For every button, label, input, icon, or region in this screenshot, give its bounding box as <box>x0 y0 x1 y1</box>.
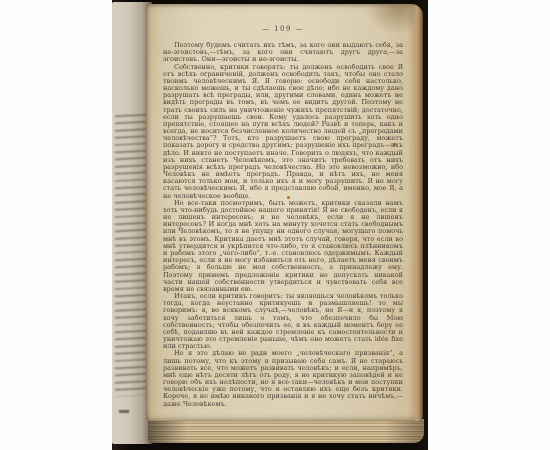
book-page: — 109 — Поэтому будемъ считать ихъ тѣмъ,… <box>146 4 423 421</box>
left-page-blurred-text <box>115 111 148 397</box>
page-text-block: Поэтому будемъ считать ихъ тѣмъ, за кого… <box>163 42 403 408</box>
fore-edge <box>408 4 423 421</box>
screenshot-canvas: — 109 — Поэтому будемъ считать ихъ тѣмъ,… <box>0 0 550 450</box>
bottom-page-edges <box>148 419 424 443</box>
paragraph: Но я это дѣлаю не ради моего „человѣческ… <box>163 350 403 407</box>
paragraph: Поэтому будемъ считать ихъ тѣмъ, за кого… <box>163 42 403 64</box>
paragraph: Итакъ, если критикъ говоритъ: ты являешь… <box>163 293 403 350</box>
paragraph: Но все-таки посмотримъ, быть можетъ, кри… <box>163 200 403 293</box>
page-number: — 109 — <box>163 25 403 33</box>
left-page-blurred-mark <box>119 410 129 413</box>
paragraph: Собственно, критики говорятъ: ты долженъ… <box>163 64 403 200</box>
book-photo: — 109 — Поэтому будемъ считать ихъ тѣмъ,… <box>112 0 428 450</box>
